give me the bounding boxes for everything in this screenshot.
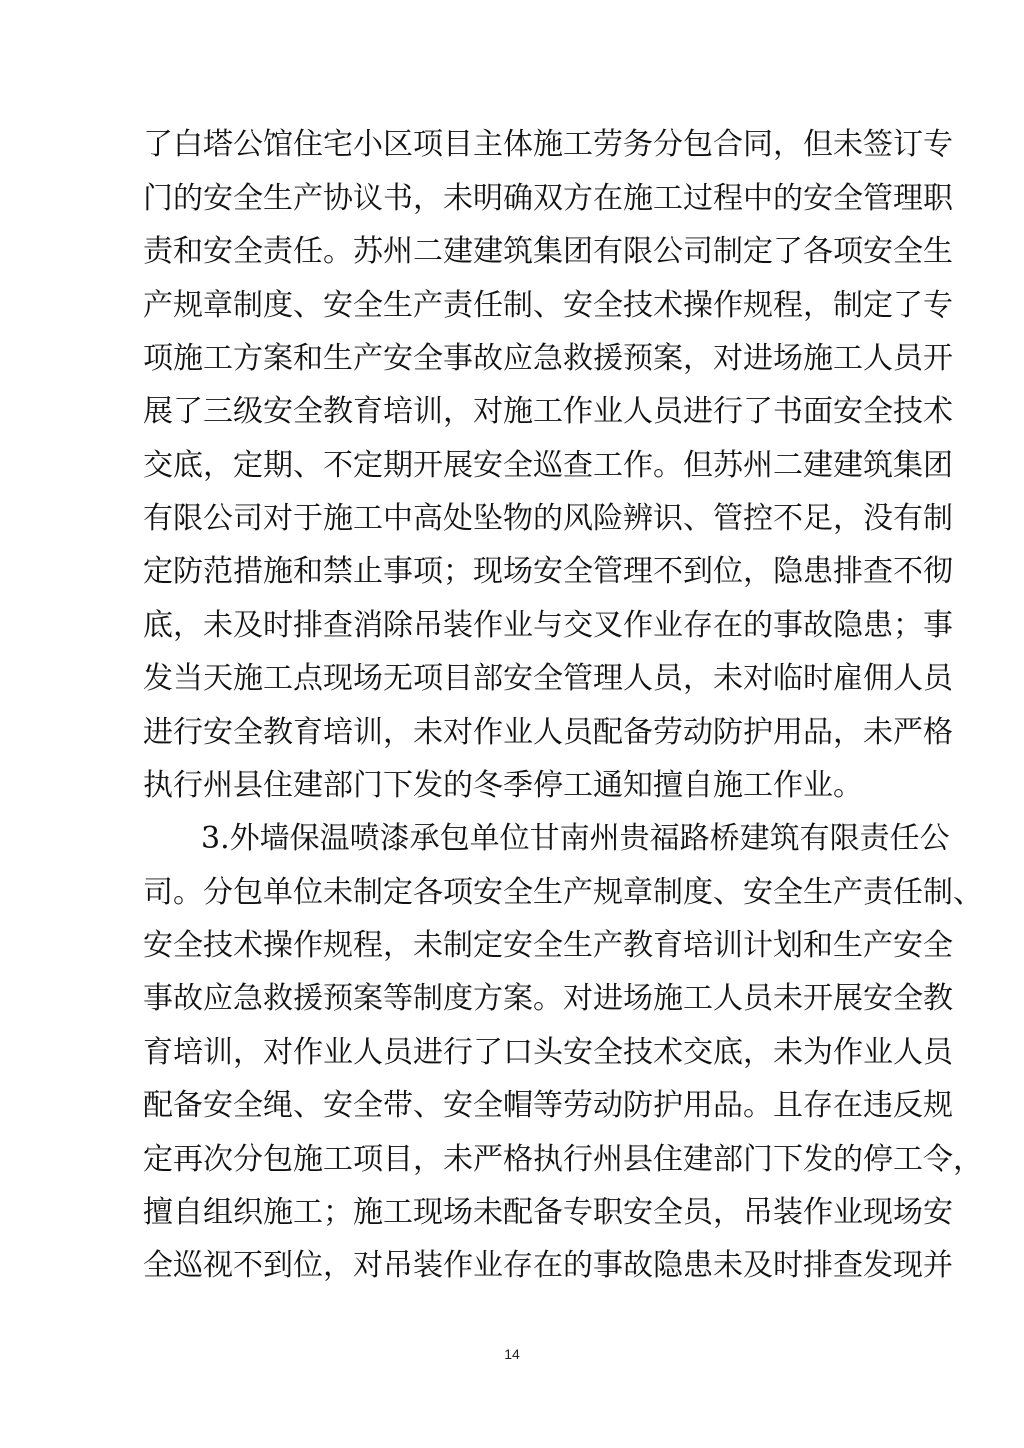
paragraph-line: 配备安全绳、安全带、安全帽等劳动防护用品。且存在违反规 [143, 1086, 893, 1126]
paragraph-line: 展了三级安全教育培训，对施工作业人员进行了书面安全技术 [143, 392, 893, 432]
paragraph-line: 产规章制度、安全生产责任制、安全技术操作规程，制定了专 [143, 286, 893, 326]
paragraph-line: 定防范措施和禁止事项；现场安全管理不到位，隐患排查不彻 [143, 552, 893, 592]
paragraph-line: 全巡视不到位，对吊装作业存在的事故隐患未及时排查发现并 [143, 1246, 893, 1286]
paragraph-line: 育培训，对作业人员进行了口头安全技术交底，未为作业人员 [143, 1033, 893, 1073]
paragraph-heading-line: 3.外墙保温喷漆承包单位甘南州贵福路桥建筑有限责任公 [201, 819, 893, 859]
paragraph-line: 交底，定期、不定期开展安全巡查工作。但苏州二建建筑集团 [143, 446, 893, 486]
paragraph-line: 事故应急救援预案等制度方案。对进场施工人员未开展安全教 [143, 979, 893, 1019]
paragraph-line: 定再次分包施工项目，未严格执行州县住建部门下发的停工令， [143, 1140, 893, 1180]
paragraph-line: 项施工方案和生产安全事故应急救援预案，对进场施工人员开 [143, 339, 893, 379]
paragraph-line: 底，未及时排查消除吊装作业与交叉作业存在的事故隐患；事 [143, 606, 893, 646]
paragraph-line: 了白塔公馆住宅小区项目主体施工劳务分包合同，但未签订专 [143, 125, 893, 165]
paragraph-line: 擅自组织施工；施工现场未配备专职安全员，吊装作业现场安 [143, 1193, 893, 1233]
page-number: 14 [0, 1346, 1024, 1362]
paragraph-line: 执行州县住建部门下发的冬季停工通知擅自施工作业。 [143, 766, 893, 806]
paragraph-line: 有限公司对于施工中高处坠物的风险辨识、管控不足，没有制 [143, 499, 893, 539]
paragraph-line: 进行安全教育培训，未对作业人员配备劳动防护用品，未严格 [143, 713, 893, 753]
paragraph-line: 责和安全责任。苏州二建建筑集团有限公司制定了各项安全生 [143, 232, 893, 272]
paragraph-line: 安全技术操作规程，未制定安全生产教育培训计划和生产安全 [143, 926, 893, 966]
paragraph-line: 发当天施工点现场无项目部安全管理人员，未对临时雇佣人员 [143, 659, 893, 699]
paragraph-line: 司。分包单位未制定各项安全生产规章制度、安全生产责任制、 [143, 873, 893, 913]
document-page: 了白塔公馆住宅小区项目主体施工劳务分包合同，但未签订专 门的安全生产协议书，未明… [0, 0, 1024, 1448]
paragraph-line: 门的安全生产协议书，未明确双方在施工过程中的安全管理职 [143, 179, 893, 219]
